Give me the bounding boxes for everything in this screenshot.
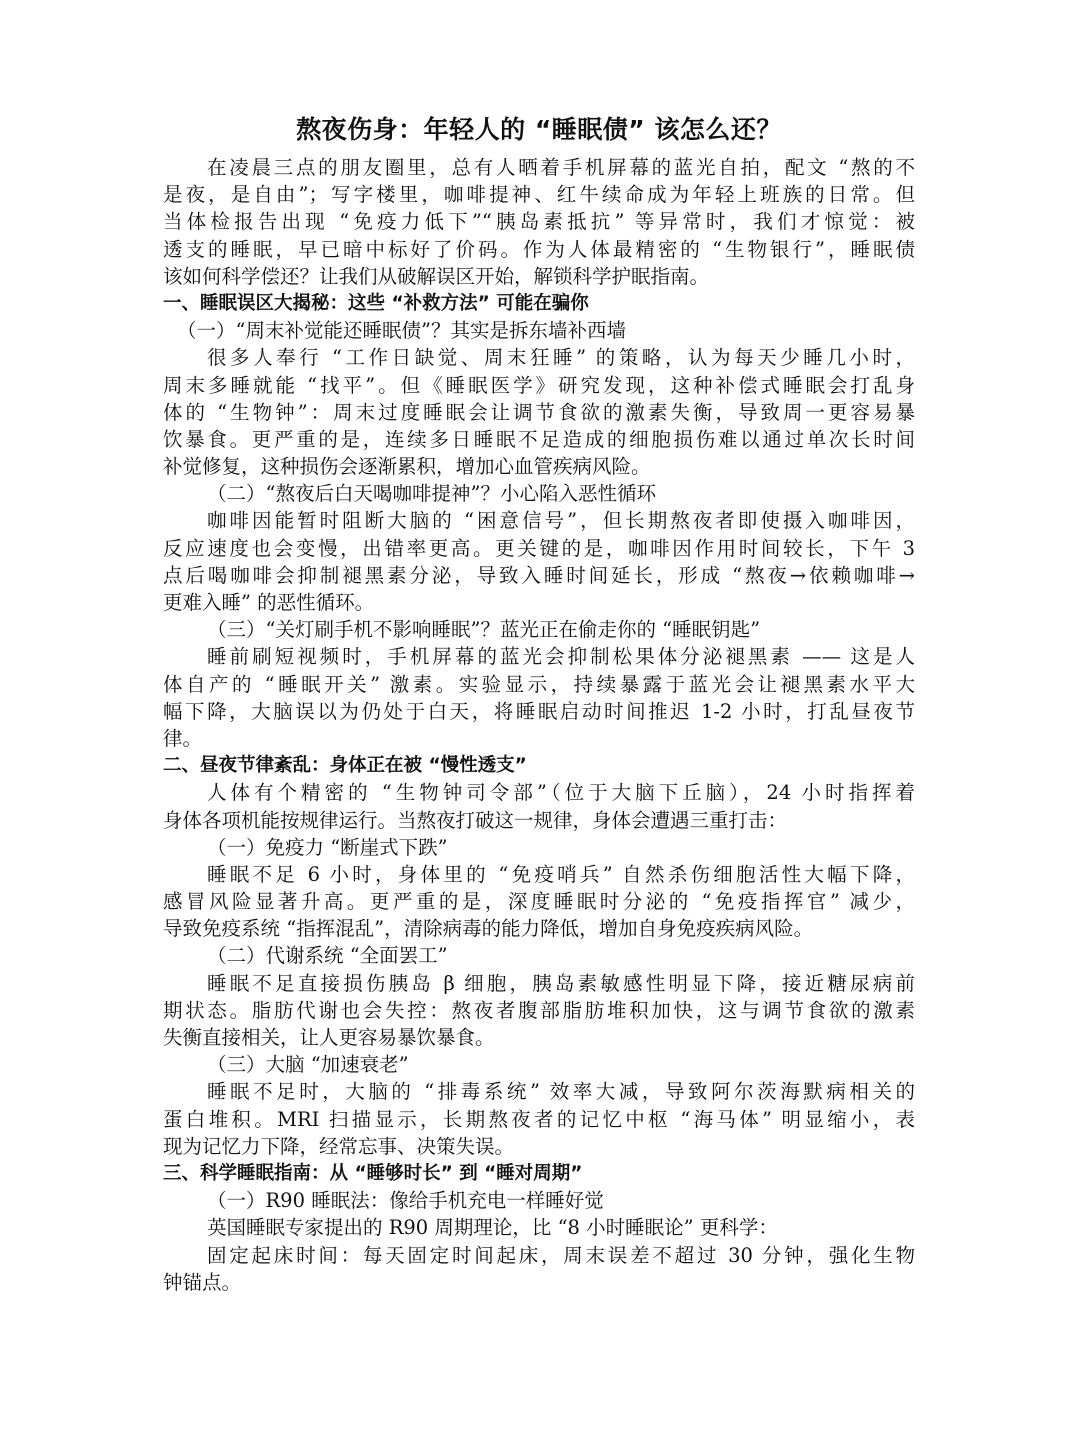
text-line: 点后喝咖啡会抑制褪黑素分泌，导致入睡时间延长，形成 “熬夜→依赖咖啡→ [163,562,915,589]
text-line: 是夜，是自由”；写字楼里，咖啡提神、红牛续命成为年轻上班族的日常。但 [163,181,915,208]
section-heading: 三、科学睡眠指南：从 “睡够时长” 到 “睡对周期” [163,1160,915,1187]
text-line: 更难入睡” 的恶性循环。 [163,589,915,616]
subsection-title: （一）“周末补觉能还睡眠债”？其实是拆东墙补西墙 [163,317,915,344]
text-line: 固定起床时间：每天固定时间起床，周末误差不超过 30 分钟，强化生物 [163,1242,915,1269]
document-page: 熬夜伤身：年轻人的 “睡眠债” 该怎么还？ 在凌晨三点的朋友圈里，总有人晒着手机… [163,112,915,1296]
text-line: 该如何科学偿还？让我们从破解误区开始，解锁科学护眠指南。 [163,263,915,290]
text-line: 蛋白堆积。MRI 扫描显示，长期熬夜者的记忆中枢 “海马体” 明显缩小，表 [163,1106,915,1133]
section-heading: 二、昼夜节律紊乱：身体正在被 “慢性透支” [163,752,915,779]
section-circadian-disruption: 二、昼夜节律紊乱：身体正在被 “慢性透支” 人体有个精密的 “生物钟司令部”（位… [163,752,915,1160]
subsection-title: （三）大脑 “加速衰老” [163,1051,915,1078]
text-line: 体的 “生物钟”：周末过度睡眠会让调节食欲的激素失衡，导致周一更容易暴 [163,399,915,426]
text-line: 睡眠不足时，大脑的 “排毒系统” 效率大减，导致阿尔茨海默病相关的 [163,1078,915,1105]
text-line: 律。 [163,725,915,752]
text-line: 当体检报告出现 “免疫力低下”“胰岛素抵抗” 等异常时，我们才惊觉：被 [163,208,915,235]
text-line: 身体各项机能按规律运行。当熬夜打破这一规律，身体会遭遇三重打击： [163,807,915,834]
text-line: 饮暴食。更严重的是，连续多日睡眠不足造成的细胞损伤难以通过单次长时间 [163,426,915,453]
text-line: 英国睡眠专家提出的 R90 周期理论，比 “8 小时睡眠论” 更科学： [163,1214,915,1241]
subsection-title: （三）“关灯刷手机不影响睡眠”？蓝光正在偷走你的 “睡眠钥匙” [163,616,915,643]
document-title: 熬夜伤身：年轻人的 “睡眠债” 该怎么还？ [163,112,915,152]
text-line: 钟锚点。 [163,1269,915,1296]
text-line: 在凌晨三点的朋友圈里，总有人晒着手机屏幕的蓝光自拍，配文 “熬的不 [163,154,915,181]
text-line: 现为记忆力下降，经常忘事、决策失误。 [163,1133,915,1160]
subsection-title: （一）R90 睡眠法：像给手机充电一样睡好觉 [163,1187,915,1214]
text-line: 睡眠不足 6 小时，身体里的 “免疫哨兵” 自然杀伤细胞活性大幅下降， [163,861,915,888]
text-line: 感冒风险显著升高。更严重的是，深度睡眠时分泌的 “免疫指挥官” 减少， [163,888,915,915]
text-line: 体自产的 “睡眠开关” 激素。实验显示，持续暴露于蓝光会让褪黑素水平大 [163,671,915,698]
intro-paragraph: 在凌晨三点的朋友圈里，总有人晒着手机屏幕的蓝光自拍，配文 “熬的不 是夜，是自由… [163,154,915,290]
text-line: 反应速度也会变慢，出错率更高。更关键的是，咖啡因作用时间较长，下午 3 [163,535,915,562]
text-line: 幅下降，大脑误以为仍处于白天，将睡眠启动时间推迟 1-2 小时，打乱昼夜节 [163,698,915,725]
section-heading: 一、睡眠误区大揭秘：这些 “补救方法” 可能在骗你 [163,290,915,317]
text-line: 期状态。脂肪代谢也会失控：熬夜者腹部脂肪堆积加快，这与调节食欲的激素 [163,997,915,1024]
text-line: 透支的睡眠，早已暗中标好了价码。作为人体最精密的 “生物银行”，睡眠债 [163,236,915,263]
text-line: 人体有个精密的 “生物钟司令部”（位于大脑下丘脑），24 小时指挥着 [163,779,915,806]
text-line: 失衡直接相关，让人更容易暴饮暴食。 [163,1024,915,1051]
text-line: 咖啡因能暂时阻断大脑的 “困意信号”，但长期熬夜者即使摄入咖啡因， [163,507,915,534]
text-line: 很多人奉行 “工作日缺觉、周末狂睡” 的策略，认为每天少睡几小时， [163,344,915,371]
text-line: 导致免疫系统 “指挥混乱”，清除病毒的能力降低，增加自身免疫疾病风险。 [163,915,915,942]
text-line: 睡前刷短视频时，手机屏幕的蓝光会抑制松果体分泌褪黑素 —— 这是人 [163,643,915,670]
section-sleep-guide: 三、科学睡眠指南：从 “睡够时长” 到 “睡对周期” （一）R90 睡眠法：像给… [163,1160,915,1296]
subsection-title: （二）代谢系统 “全面罢工” [163,942,915,969]
text-line: 睡眠不足直接损伤胰岛 β 细胞，胰岛素敏感性明显下降，接近糖尿病前 [163,970,915,997]
subsection-title: （一）免疫力 “断崖式下跌” [163,834,915,861]
section-sleep-myths: 一、睡眠误区大揭秘：这些 “补救方法” 可能在骗你 （一）“周末补觉能还睡眠债”… [163,290,915,752]
text-line: 周末多睡就能 “找平”。但《睡眠医学》研究发现，这种补偿式睡眠会打乱身 [163,372,915,399]
text-line: 补觉修复，这种损伤会逐渐累积，增加心血管疾病风险。 [163,453,915,480]
subsection-title: （二）“熬夜后白天喝咖啡提神”？小心陷入恶性循环 [163,480,915,507]
